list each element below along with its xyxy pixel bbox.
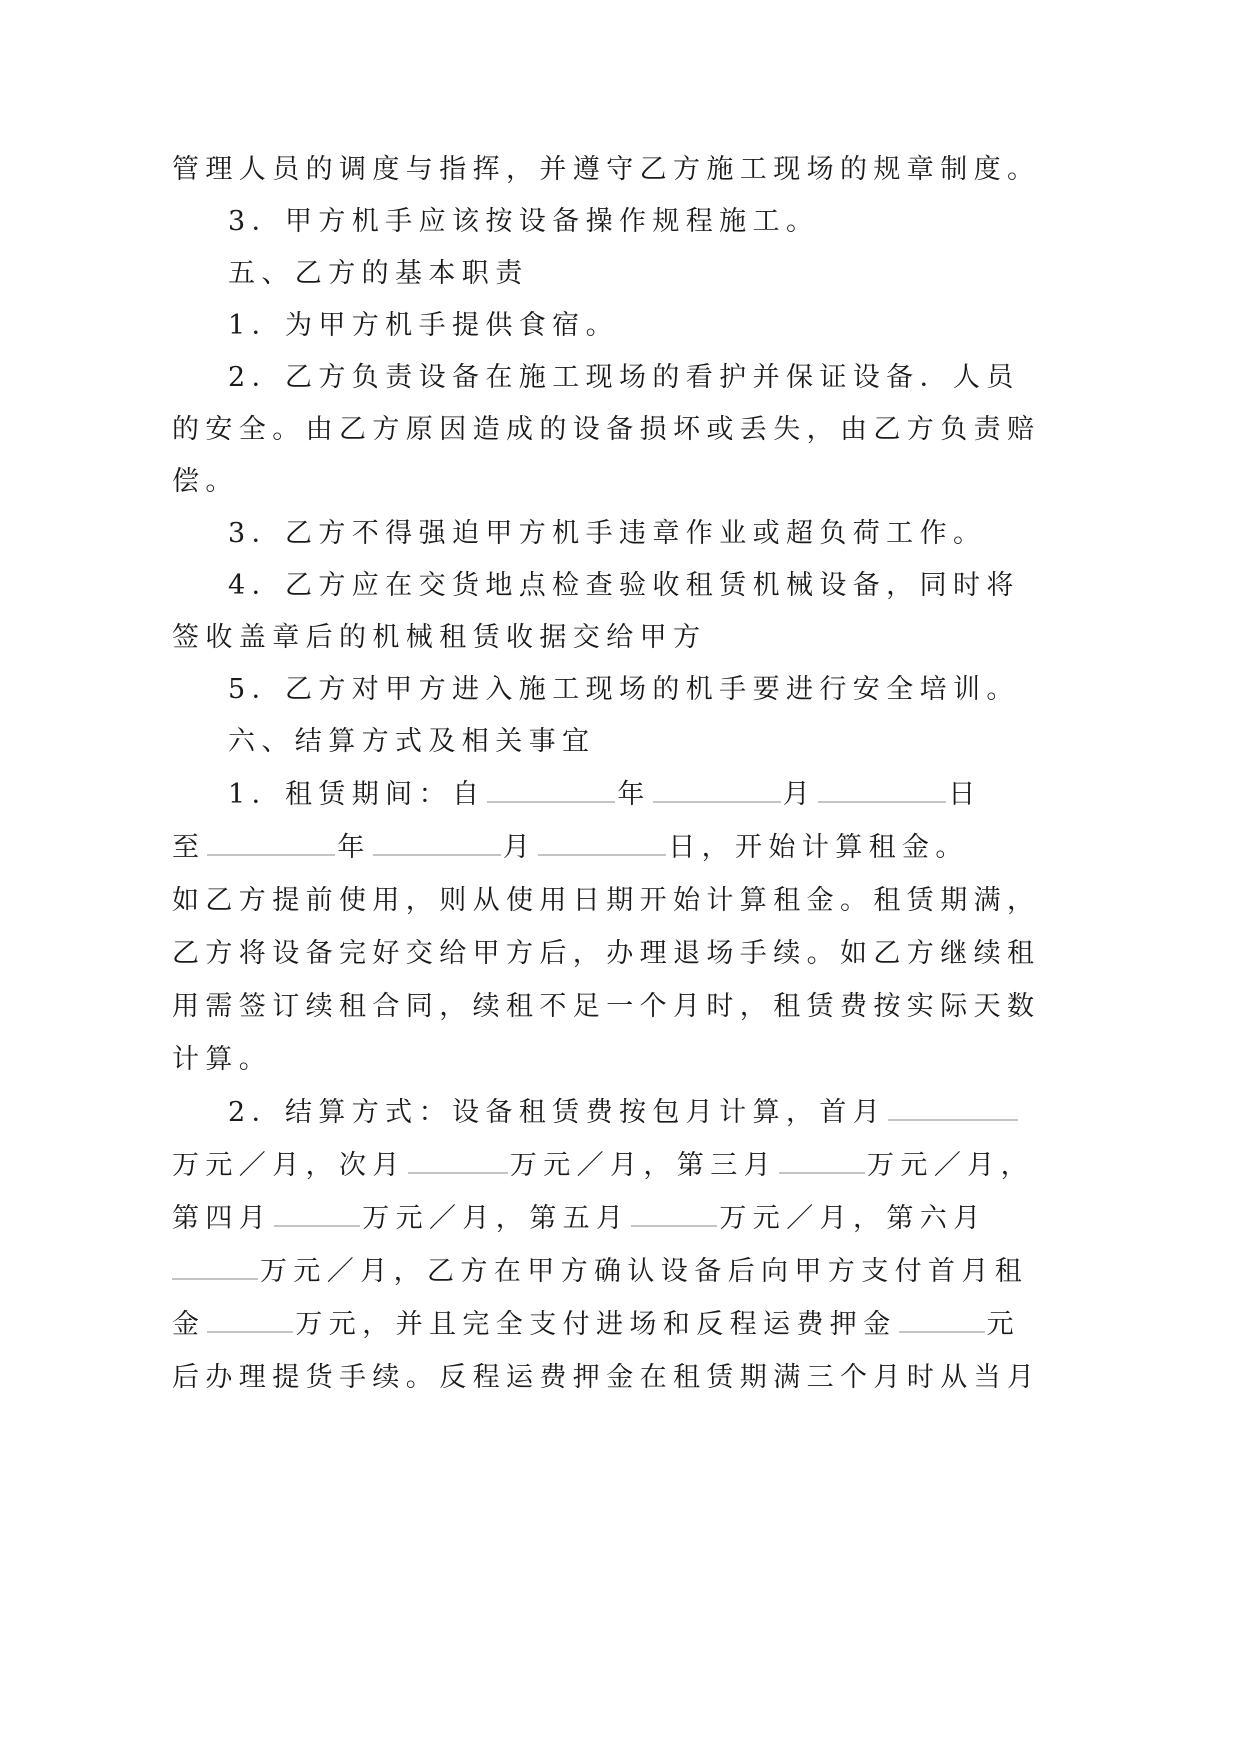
- unit-text: 第四月: [172, 1203, 272, 1234]
- start-day-blank[interactable]: [818, 775, 946, 803]
- settlement-label: 2．结算方式：设备租赁费按包月计算，首月: [228, 1097, 886, 1128]
- document-page: 管理人员的调度与指挥，并遵守乙方施工现场的规章制度。 3．甲方机手应该按设备操作…: [0, 0, 1241, 1754]
- unit-text: 万元／月，第五月: [362, 1203, 629, 1234]
- paragraph-line: 3．乙方不得强迫甲方机手违章作业或超负荷工作。: [228, 514, 1008, 554]
- unit-text: 万元，并且完全支付进场和反程运费押金: [295, 1309, 896, 1340]
- end-month-blank[interactable]: [373, 828, 501, 856]
- unit-text: 元: [987, 1309, 1020, 1340]
- second-month-fee-blank[interactable]: [408, 1146, 508, 1174]
- day-label: 日: [948, 779, 981, 810]
- paragraph-line: 4．乙方应在交货地点检查验收租赁机械设备，同时将: [228, 566, 1008, 606]
- start-month-blank[interactable]: [653, 775, 781, 803]
- paragraph-line: 2．乙方负责设备在施工现场的看护并保证设备．人员: [228, 358, 1008, 398]
- settlement-line: 2．结算方式：设备租赁费按包月计算，首月: [228, 1093, 1008, 1133]
- first-month-fee-blank[interactable]: [888, 1093, 1018, 1121]
- settlement-line: 金万元，并且完全支付进场和反程运费押金元: [172, 1305, 952, 1345]
- settlement-line: 万元／月，乙方在甲方确认设备后向甲方支付首月租: [172, 1252, 952, 1292]
- start-year-blank[interactable]: [487, 775, 615, 803]
- settlement-line: 第四月万元／月，第五月万元／月，第六月: [172, 1199, 952, 1239]
- month-label: 月: [783, 779, 816, 810]
- lease-end-label: 至: [172, 832, 205, 863]
- fourth-month-fee-blank[interactable]: [274, 1199, 360, 1227]
- lease-start-label: 1．租赁期间：自: [228, 779, 485, 810]
- paragraph-line: 计算。: [172, 1040, 952, 1080]
- paragraph-line: 用需签订续租合同，续租不足一个月时，租赁费按实际天数: [172, 987, 952, 1027]
- unit-text: 万元／月，第六月: [719, 1203, 986, 1234]
- paragraph-line: 签收盖章后的机械租赁收据交给甲方: [172, 618, 952, 658]
- paragraph-line: 3．甲方机手应该按设备操作规程施工。: [228, 202, 1008, 242]
- year-label: 年: [337, 832, 370, 863]
- month-label: 月: [503, 832, 536, 863]
- sixth-month-fee-blank[interactable]: [172, 1252, 258, 1280]
- fifth-month-fee-blank[interactable]: [631, 1199, 717, 1227]
- paragraph-line: 管理人员的调度与指挥，并遵守乙方施工现场的规章制度。: [172, 150, 952, 190]
- unit-text: 万元／月，: [867, 1150, 1034, 1181]
- end-year-blank[interactable]: [207, 828, 335, 856]
- unit-text: 万元／月，第三月: [510, 1150, 777, 1181]
- lease-period-line: 至年月日，开始计算租金。: [172, 828, 952, 868]
- unit-text: 万元／月，乙方在甲方确认设备后向甲方支付首月租: [260, 1256, 1028, 1287]
- unit-text: 万元／月，次月: [172, 1150, 406, 1181]
- paragraph-line: 后办理提货手续。反程运费押金在租赁期满三个月时从当月: [172, 1358, 952, 1398]
- section-heading: 五、乙方的基本职责: [228, 254, 1008, 294]
- paragraph-line: 的安全。由乙方原因造成的设备损坏或丢失，由乙方负责赔: [172, 410, 952, 450]
- year-label: 年: [617, 779, 650, 810]
- unit-text: 金: [172, 1309, 205, 1340]
- settlement-line: 万元／月，次月万元／月，第三月万元／月，: [172, 1146, 952, 1186]
- lease-period-line: 1．租赁期间：自年月日: [228, 775, 1008, 815]
- section-heading: 六、结算方式及相关事宜: [228, 722, 1008, 762]
- paragraph-line: 如乙方提前使用，则从使用日期开始计算租金。租赁期满，: [172, 881, 952, 921]
- deposit-blank[interactable]: [899, 1305, 985, 1333]
- paragraph-line: 乙方将设备完好交给甲方后，办理退场手续。如乙方继续租: [172, 934, 952, 974]
- end-day-blank[interactable]: [538, 828, 666, 856]
- end-suffix: 日，开始计算租金。: [668, 832, 969, 863]
- third-month-fee-blank[interactable]: [779, 1146, 865, 1174]
- paragraph-line: 5．乙方对甲方进入施工现场的机手要进行安全培训。: [228, 670, 1008, 710]
- first-rent-blank[interactable]: [207, 1305, 293, 1333]
- paragraph-line: 偿。: [172, 462, 952, 502]
- paragraph-line: 1．为甲方机手提供食宿。: [228, 306, 1008, 346]
